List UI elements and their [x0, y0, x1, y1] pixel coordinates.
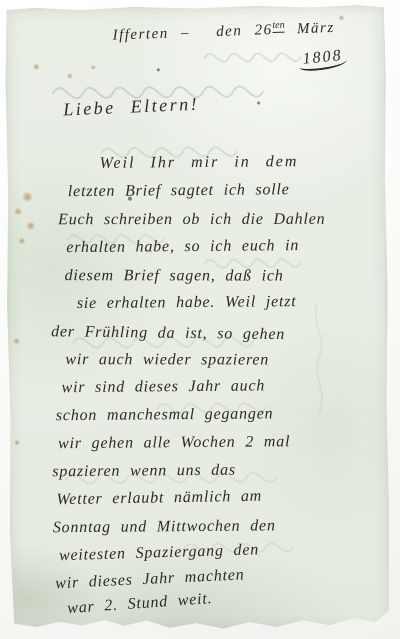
foxing-spot [26, 221, 35, 230]
ink-speck [157, 68, 160, 71]
letter-dateline: Ifferten – den 26ten März [112, 18, 335, 45]
ink-speck [257, 101, 260, 104]
letter-year: 1808 [298, 47, 348, 73]
foxing-stains [4, 4, 385, 7]
letter-line: wir gehen alle Wochen 2 mal [58, 427, 374, 458]
dateline-day: 26 [254, 22, 273, 39]
letter-body: Weil Ihr mir in demletzten Brief sagtet … [42, 147, 376, 626]
letter-line: Weil Ihr mir in dem [100, 147, 372, 177]
foxing-spot [14, 208, 22, 216]
dateline-den: den [216, 23, 243, 40]
dateline-day-suffix: ten [272, 20, 285, 33]
dateline-month: März [297, 20, 335, 37]
foxing-spot [91, 65, 96, 70]
letter-line: schon manchesmal gegangen [56, 399, 374, 430]
letter-line: erhalten habe, so ich euch in [66, 231, 372, 262]
letter-line: Euch schreiben ob ich die Dahlen [58, 206, 372, 235]
letter-line: sie erhalten habe. Weil jetzt [77, 287, 373, 318]
letter-line: Wetter erlaubt nämlich am [56, 481, 374, 515]
dateline-place: Ifferten – [112, 25, 190, 44]
letter-line: wir sind dieses Jahr auch [61, 371, 373, 402]
foxing-spot [22, 191, 33, 202]
photo-backdrop: Ifferten – den 26ten März 1808 Liebe Elt… [0, 0, 400, 639]
letter-line: letzten Brief sagtet ich solle [68, 175, 372, 206]
foxing-spot [33, 63, 40, 70]
letter-page: Ifferten – den 26ten März 1808 Liebe Elt… [4, 4, 390, 631]
letter-salutation: Liebe Eltern! [63, 94, 200, 121]
foxing-spot [338, 15, 344, 21]
foxing-spot [67, 73, 73, 79]
letter-line: diesem Brief sagen, daß ich [65, 262, 373, 291]
foxing-spot [18, 237, 25, 244]
foxing-spot [14, 440, 20, 446]
letter-line: wir auch wieder spazieren [65, 346, 373, 375]
foxing-spot [13, 338, 20, 345]
